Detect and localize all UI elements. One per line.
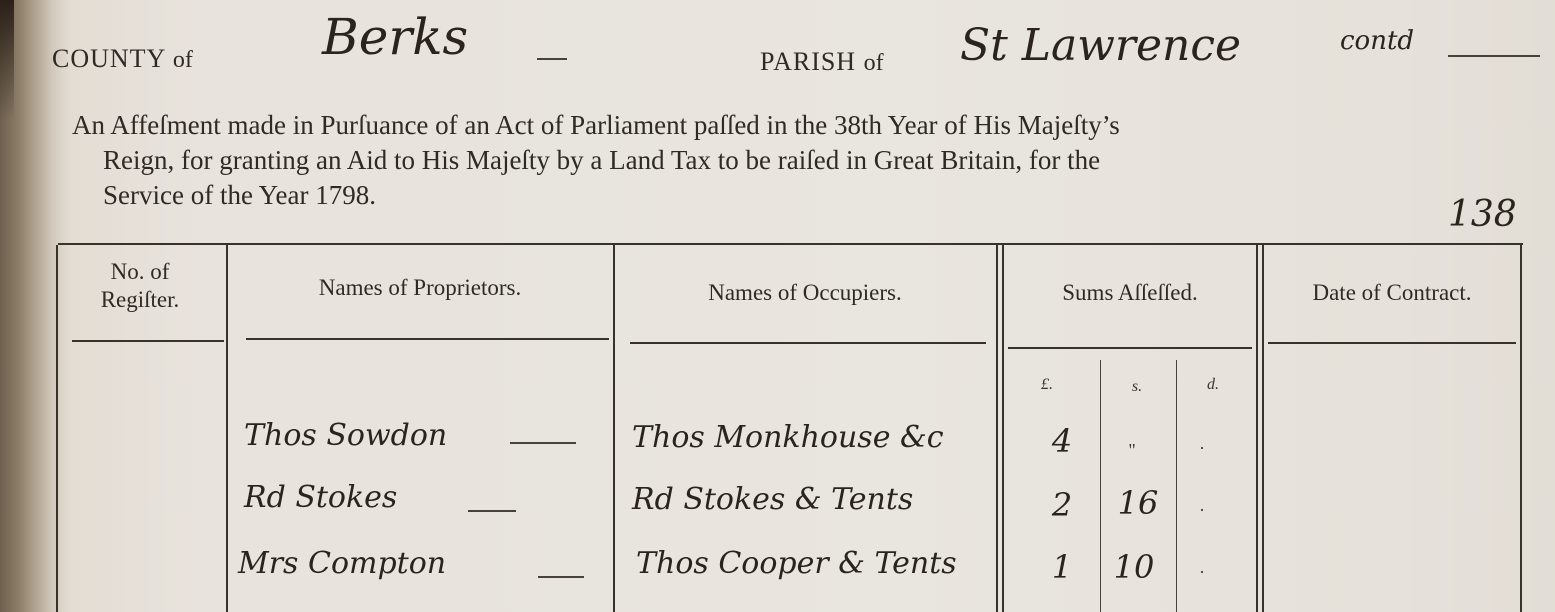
row3-occupier: Thos Cooper & Tents xyxy=(636,546,957,581)
county-label-text: COUNTY xyxy=(52,44,165,73)
sub-head-pence: d. xyxy=(1193,376,1233,394)
row1-proprietor: Thos Sowdon xyxy=(244,418,447,453)
col-head-date-contract: Date of Contract. xyxy=(1266,279,1518,307)
row2-pounds: 2 xyxy=(1032,486,1092,524)
row2-proprietor-dash xyxy=(468,510,516,512)
head-rule-col5 xyxy=(1268,342,1516,344)
col-divider-3b xyxy=(1002,245,1004,612)
parish-of-text: of xyxy=(864,50,884,76)
head-rule-col4 xyxy=(1008,347,1252,349)
col-divider-2 xyxy=(613,245,615,612)
sub-head-pounds: £. xyxy=(1027,376,1067,394)
col-divider-4b xyxy=(1262,245,1264,612)
col-head-register-line1: No. of xyxy=(60,258,220,286)
parish-suffix: contd xyxy=(1340,26,1414,56)
row1-pence: · xyxy=(1182,438,1222,459)
col-head-proprietors: Names of Proprietors. xyxy=(230,274,610,302)
preamble-text: An Affeſment made in Purſuance of an Act… xyxy=(72,108,1502,213)
col-head-register-line2: Regiſter. xyxy=(60,286,220,314)
col-head-register: No. of Regiſter. xyxy=(60,258,220,314)
col-divider-3a xyxy=(996,245,998,612)
parish-dash xyxy=(1448,55,1540,57)
sub-head-shillings: s. xyxy=(1117,378,1157,396)
col-divider-4a xyxy=(1256,245,1258,612)
folio-number: 138 xyxy=(1448,194,1517,235)
binding-shadow xyxy=(0,0,14,120)
row2-proprietor: Rd Stokes xyxy=(244,480,397,515)
row3-proprietor-dash xyxy=(538,576,584,578)
row2-pence: · xyxy=(1182,500,1222,521)
preamble-line-2: Reign, for granting an Aid to His Majeſt… xyxy=(72,143,1502,178)
row3-pence: · xyxy=(1182,562,1222,583)
preamble-line-3: Service of the Year 1798. xyxy=(72,178,1502,213)
preamble-line-1: An Affeſment made in Purſuance of an Act… xyxy=(72,108,1502,143)
county-of-text: of xyxy=(173,47,193,73)
sums-divider-pounds-shillings xyxy=(1100,360,1101,612)
table-top-rule xyxy=(58,243,1523,245)
row1-occupier: Thos Monkhouse &c xyxy=(632,420,944,455)
table-right-border xyxy=(1520,245,1522,612)
row1-pounds: 4 xyxy=(1032,422,1092,460)
head-rule-col1 xyxy=(72,340,224,342)
row3-shillings: 10 xyxy=(1104,548,1164,586)
parish-label-text: PARISH xyxy=(760,47,856,76)
head-rule-col3 xyxy=(630,342,986,344)
col-head-occupiers: Names of Occupiers. xyxy=(617,279,993,307)
row2-shillings: 16 xyxy=(1108,484,1168,522)
ledger-page: COUNTY of Berks PARISH of St Lawrence co… xyxy=(0,0,1555,612)
col-head-sums: Sums Aſſeſſed. xyxy=(1006,279,1254,307)
county-label: COUNTY of xyxy=(52,44,193,74)
head-rule-col2 xyxy=(246,338,609,340)
table-left-border xyxy=(56,245,58,612)
col-divider-1 xyxy=(226,245,228,612)
county-dash xyxy=(537,58,567,60)
sums-divider-shillings-pence xyxy=(1176,360,1177,612)
row3-pounds: 1 xyxy=(1032,548,1092,586)
parish-value: St Lawrence xyxy=(960,20,1241,71)
row3-proprietor: Mrs Compton xyxy=(238,546,446,581)
row1-shillings: " xyxy=(1112,440,1152,461)
row1-proprietor-dash xyxy=(510,442,576,444)
county-value: Berks xyxy=(322,8,468,66)
parish-label: PARISH of xyxy=(760,47,884,77)
row2-occupier: Rd Stokes & Tents xyxy=(632,482,913,517)
